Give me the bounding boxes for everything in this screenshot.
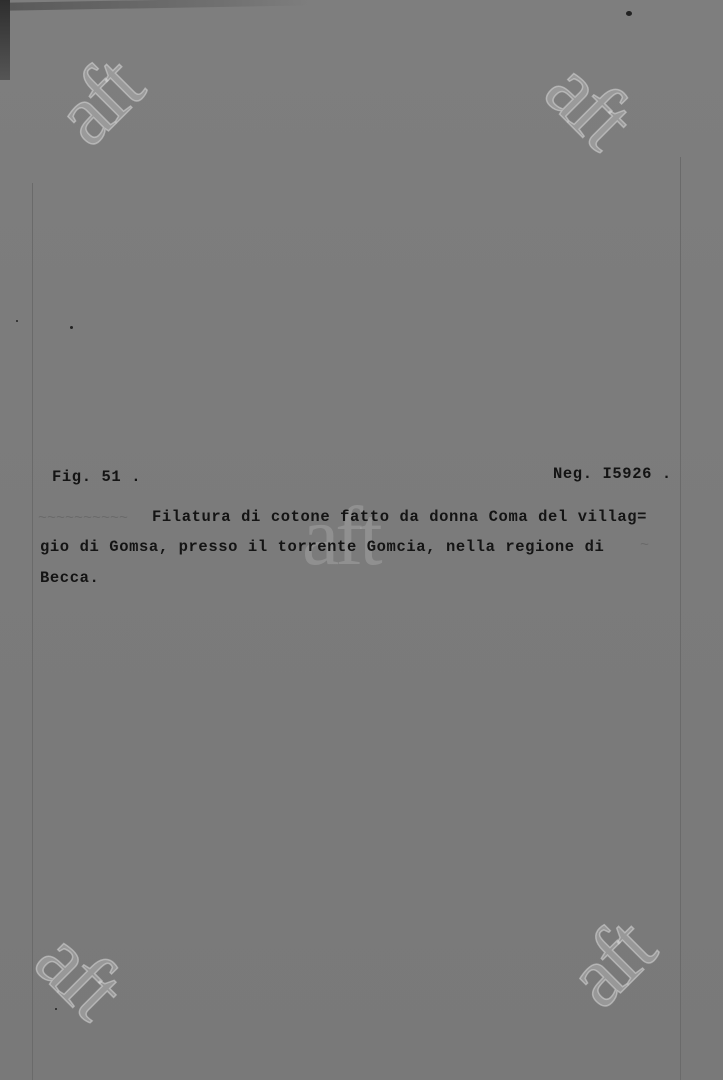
left-margin-rule [32,183,33,1080]
figure-number: Fig. 51 . [52,468,141,486]
ink-speck [626,11,632,16]
binding-edge [0,0,10,80]
caption-line-1: Filatura di cotone fatto da donna Coma d… [152,508,647,526]
ink-speck [70,326,73,329]
show-through-text: ~~~~~~~~~~ [38,510,128,527]
caption-line-2: gio di Gomsa, presso il torrente Gomcia,… [40,538,604,556]
caption-line-3: Becca. [40,569,99,587]
show-through-text: ~ [640,537,649,554]
right-margin-rule [680,157,681,1080]
negative-number: Neg. I5926 . [553,465,672,483]
ink-speck [16,320,18,322]
